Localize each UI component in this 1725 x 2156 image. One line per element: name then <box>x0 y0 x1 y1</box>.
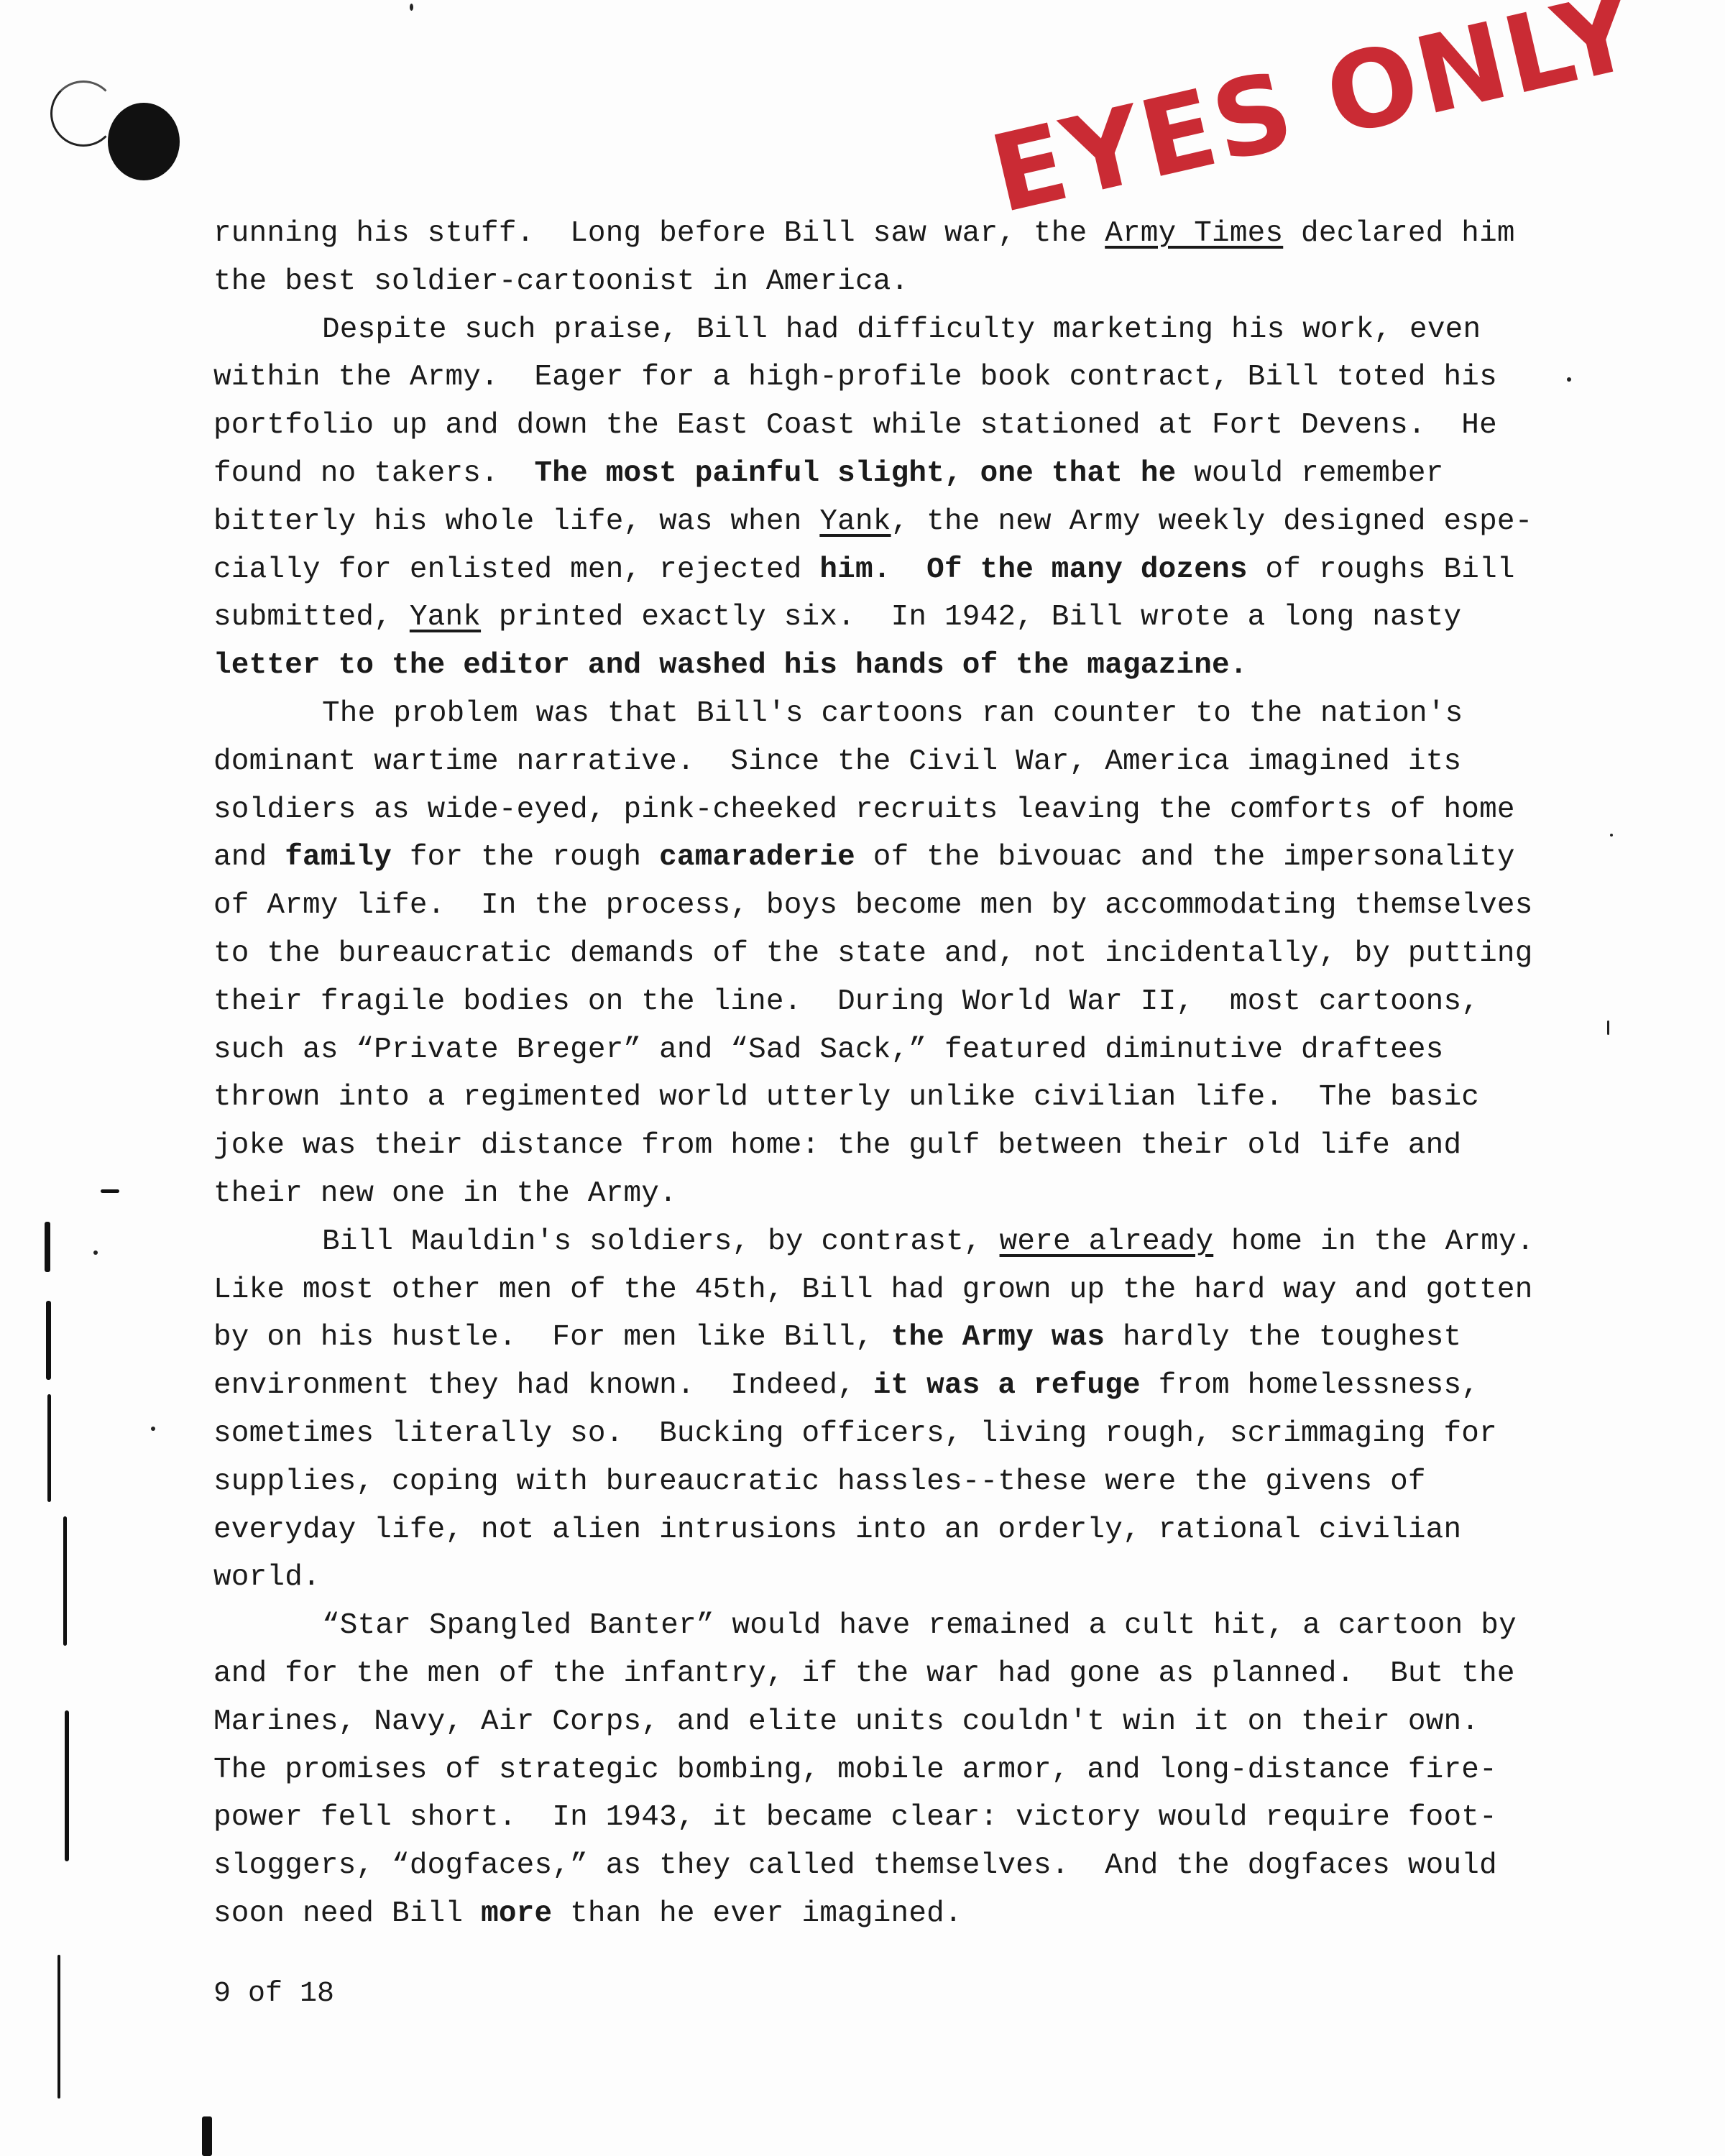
text-line: such as “Private Breger” and “Sad Sack,”… <box>213 1026 1565 1074</box>
text-segment: Marines, Navy, Air Corps, and elite unit… <box>213 1705 1479 1738</box>
scan-speck <box>93 1250 98 1255</box>
text-line: within the Army. Eager for a high-profil… <box>213 354 1565 402</box>
text-line: Bill Mauldin's soldiers, by contrast, we… <box>213 1218 1565 1266</box>
text-segment: Bill Mauldin's soldiers, by contrast, <box>322 1225 1000 1258</box>
scan-streak <box>47 1394 51 1502</box>
text-line: Despite such praise, Bill had difficulty… <box>213 306 1565 354</box>
scan-speck <box>1607 1021 1609 1035</box>
underlined-title: Yank <box>819 505 891 538</box>
text-segment: and for the men of the infantry, if the … <box>213 1657 1515 1690</box>
text-line: power fell short. In 1943, it became cle… <box>213 1794 1565 1842</box>
scan-streak <box>65 1710 69 1861</box>
text-segment: power fell short. In 1943, it became cle… <box>213 1801 1497 1834</box>
text-line: portfolio up and down the East Coast whi… <box>213 402 1565 450</box>
text-segment: The most painful slight, one that he <box>534 457 1176 490</box>
text-line: dominant wartime narrative. Since the Ci… <box>213 738 1565 786</box>
text-segment: their fragile bodies on the line. During… <box>213 985 1479 1018</box>
text-line: their fragile bodies on the line. During… <box>213 978 1565 1026</box>
text-line: The problem was that Bill's cartoons ran… <box>213 690 1565 738</box>
text-segment: world. <box>213 1561 321 1594</box>
text-segment: everyday life, not alien intrusions into… <box>213 1514 1461 1547</box>
text-segment: the best soldier-cartoonist in America. <box>213 265 908 298</box>
text-line: and family for the rough camaraderie of … <box>213 834 1565 882</box>
text-segment: printed exactly six. In 1942, Bill wrote… <box>481 601 1461 634</box>
text-segment: thrown into a regimented world utterly u… <box>213 1081 1479 1114</box>
text-segment: letter to the editor and washed his hand… <box>213 649 1248 682</box>
text-segment: camaraderie <box>659 841 855 874</box>
text-segment: from homelessness, <box>1141 1369 1479 1402</box>
text-segment: , the new Army weekly designed espe- <box>891 505 1533 538</box>
text-segment: environment they had known. Indeed, <box>213 1369 873 1402</box>
scan-streak <box>63 1516 67 1646</box>
page-number: 9 of 18 <box>213 1978 334 2010</box>
text-line: Marines, Navy, Air Corps, and elite unit… <box>213 1698 1565 1746</box>
text-line: world. <box>213 1554 1565 1602</box>
text-line: joke was their distance from home: the g… <box>213 1122 1565 1170</box>
text-line: supplies, coping with bureaucratic hassl… <box>213 1458 1565 1506</box>
text-segment: submitted, <box>213 601 410 634</box>
text-segment: to the bureaucratic demands of the state… <box>213 937 1533 970</box>
text-line: everyday life, not alien intrusions into… <box>213 1506 1565 1554</box>
text-segment: of Army life. In the process, boys becom… <box>213 889 1533 922</box>
eyes-only-stamp: EYES ONLY <box>983 0 1646 229</box>
punch-hole-filled <box>108 103 180 180</box>
text-segment: within the Army. Eager for a high-profil… <box>213 361 1497 394</box>
text-line: and for the men of the infantry, if the … <box>213 1650 1565 1698</box>
scan-streak <box>45 1222 50 1272</box>
text-segment: and <box>213 841 285 874</box>
text-line: submitted, Yank printed exactly six. In … <box>213 594 1565 642</box>
text-line: “Star Spangled Banter” would have remain… <box>213 1602 1565 1650</box>
text-segment: found no takers. <box>213 457 534 490</box>
text-segment: of the bivouac and the impersonality <box>855 841 1515 874</box>
text-segment: running his stuff. Long before Bill saw … <box>213 217 1105 250</box>
underlined-title: Yank <box>410 601 481 634</box>
underlined-title: were already <box>1000 1225 1214 1258</box>
text-segment: would remember <box>1176 457 1443 490</box>
text-segment: Like most other men of the 45th, Bill ha… <box>213 1273 1533 1307</box>
text-segment: the Army was <box>891 1321 1105 1354</box>
text-line: cially for enlisted men, rejected him. O… <box>213 546 1565 594</box>
text-segment: home in the Army. <box>1213 1225 1534 1258</box>
punch-hole-ring <box>50 80 116 147</box>
text-segment: portfolio up and down the East Coast whi… <box>213 409 1497 442</box>
text-segment: for the rough <box>392 841 659 874</box>
text-line: bitterly his whole life, was when Yank, … <box>213 498 1565 546</box>
text-segment: sloggers, “dogfaces,” as they called the… <box>213 1849 1497 1882</box>
text-segment: bitterly his whole life, was when <box>213 505 819 538</box>
text-segment: Despite such praise, Bill had difficulty… <box>322 313 1481 346</box>
text-line: found no takers. The most painful slight… <box>213 450 1565 498</box>
scan-streak <box>57 1955 60 2099</box>
text-segment: sometimes literally so. Bucking officers… <box>213 1417 1497 1450</box>
text-segment: him. Of the many dozens <box>819 553 1247 586</box>
text-segment: their new one in the Army. <box>213 1177 677 1210</box>
text-line: thrown into a regimented world utterly u… <box>213 1074 1565 1122</box>
text-segment: soldiers as wide-eyed, pink-cheeked recr… <box>213 793 1515 826</box>
text-segment: more <box>481 1897 552 1930</box>
text-line: soldiers as wide-eyed, pink-cheeked recr… <box>213 786 1565 834</box>
text-segment: “Star Spangled Banter” would have remain… <box>322 1609 1517 1642</box>
text-segment: supplies, coping with bureaucratic hassl… <box>213 1465 1426 1498</box>
text-segment: family <box>285 841 392 874</box>
text-segment: soon need Bill <box>213 1897 481 1930</box>
document-page: EYES ONLY running his stuff. Long before… <box>0 0 1725 2156</box>
underlined-title: Army Times <box>1105 217 1283 250</box>
text-line: to the bureaucratic demands of the state… <box>213 930 1565 978</box>
text-segment: joke was their distance from home: the g… <box>213 1129 1461 1162</box>
text-segment: dominant wartime narrative. Since the Ci… <box>213 745 1461 778</box>
text-line: by on his hustle. For men like Bill, the… <box>213 1314 1565 1362</box>
text-line: The promises of strategic bombing, mobil… <box>213 1746 1565 1795</box>
text-segment: hardly the toughest <box>1105 1321 1461 1354</box>
text-line: running his stuff. Long before Bill saw … <box>213 210 1565 258</box>
text-line: sometimes literally so. Bucking officers… <box>213 1410 1565 1458</box>
scan-speck <box>1567 377 1571 382</box>
text-segment: declared him <box>1283 217 1514 250</box>
text-line: of Army life. In the process, boys becom… <box>213 882 1565 930</box>
text-segment: it was a refuge <box>873 1369 1141 1402</box>
text-line: soon need Bill more than he ever imagine… <box>213 1890 1565 1938</box>
text-segment: of roughs Bill <box>1248 553 1515 586</box>
text-segment: such as “Private Breger” and “Sad Sack,”… <box>213 1033 1443 1067</box>
text-line: Like most other men of the 45th, Bill ha… <box>213 1266 1565 1314</box>
body-text: running his stuff. Long before Bill saw … <box>213 210 1565 1938</box>
text-segment: cially for enlisted men, rejected <box>213 553 819 586</box>
text-segment: The problem was that Bill's cartoons ran… <box>322 697 1463 730</box>
scan-streak <box>46 1301 51 1380</box>
text-line: their new one in the Army. <box>213 1170 1565 1218</box>
scan-streak <box>202 2116 212 2156</box>
text-segment: than he ever imagined. <box>552 1897 962 1930</box>
text-line: environment they had known. Indeed, it w… <box>213 1362 1565 1410</box>
text-segment: by on his hustle. For men like Bill, <box>213 1321 891 1354</box>
text-segment: The promises of strategic bombing, mobil… <box>213 1754 1497 1787</box>
text-line: sloggers, “dogfaces,” as they called the… <box>213 1842 1565 1890</box>
text-line: the best soldier-cartoonist in America. <box>213 258 1565 306</box>
scan-streak <box>101 1189 119 1193</box>
scan-speck <box>1610 834 1613 837</box>
scan-speck <box>151 1427 155 1431</box>
text-line: letter to the editor and washed his hand… <box>213 642 1565 690</box>
scan-speck <box>410 4 413 11</box>
